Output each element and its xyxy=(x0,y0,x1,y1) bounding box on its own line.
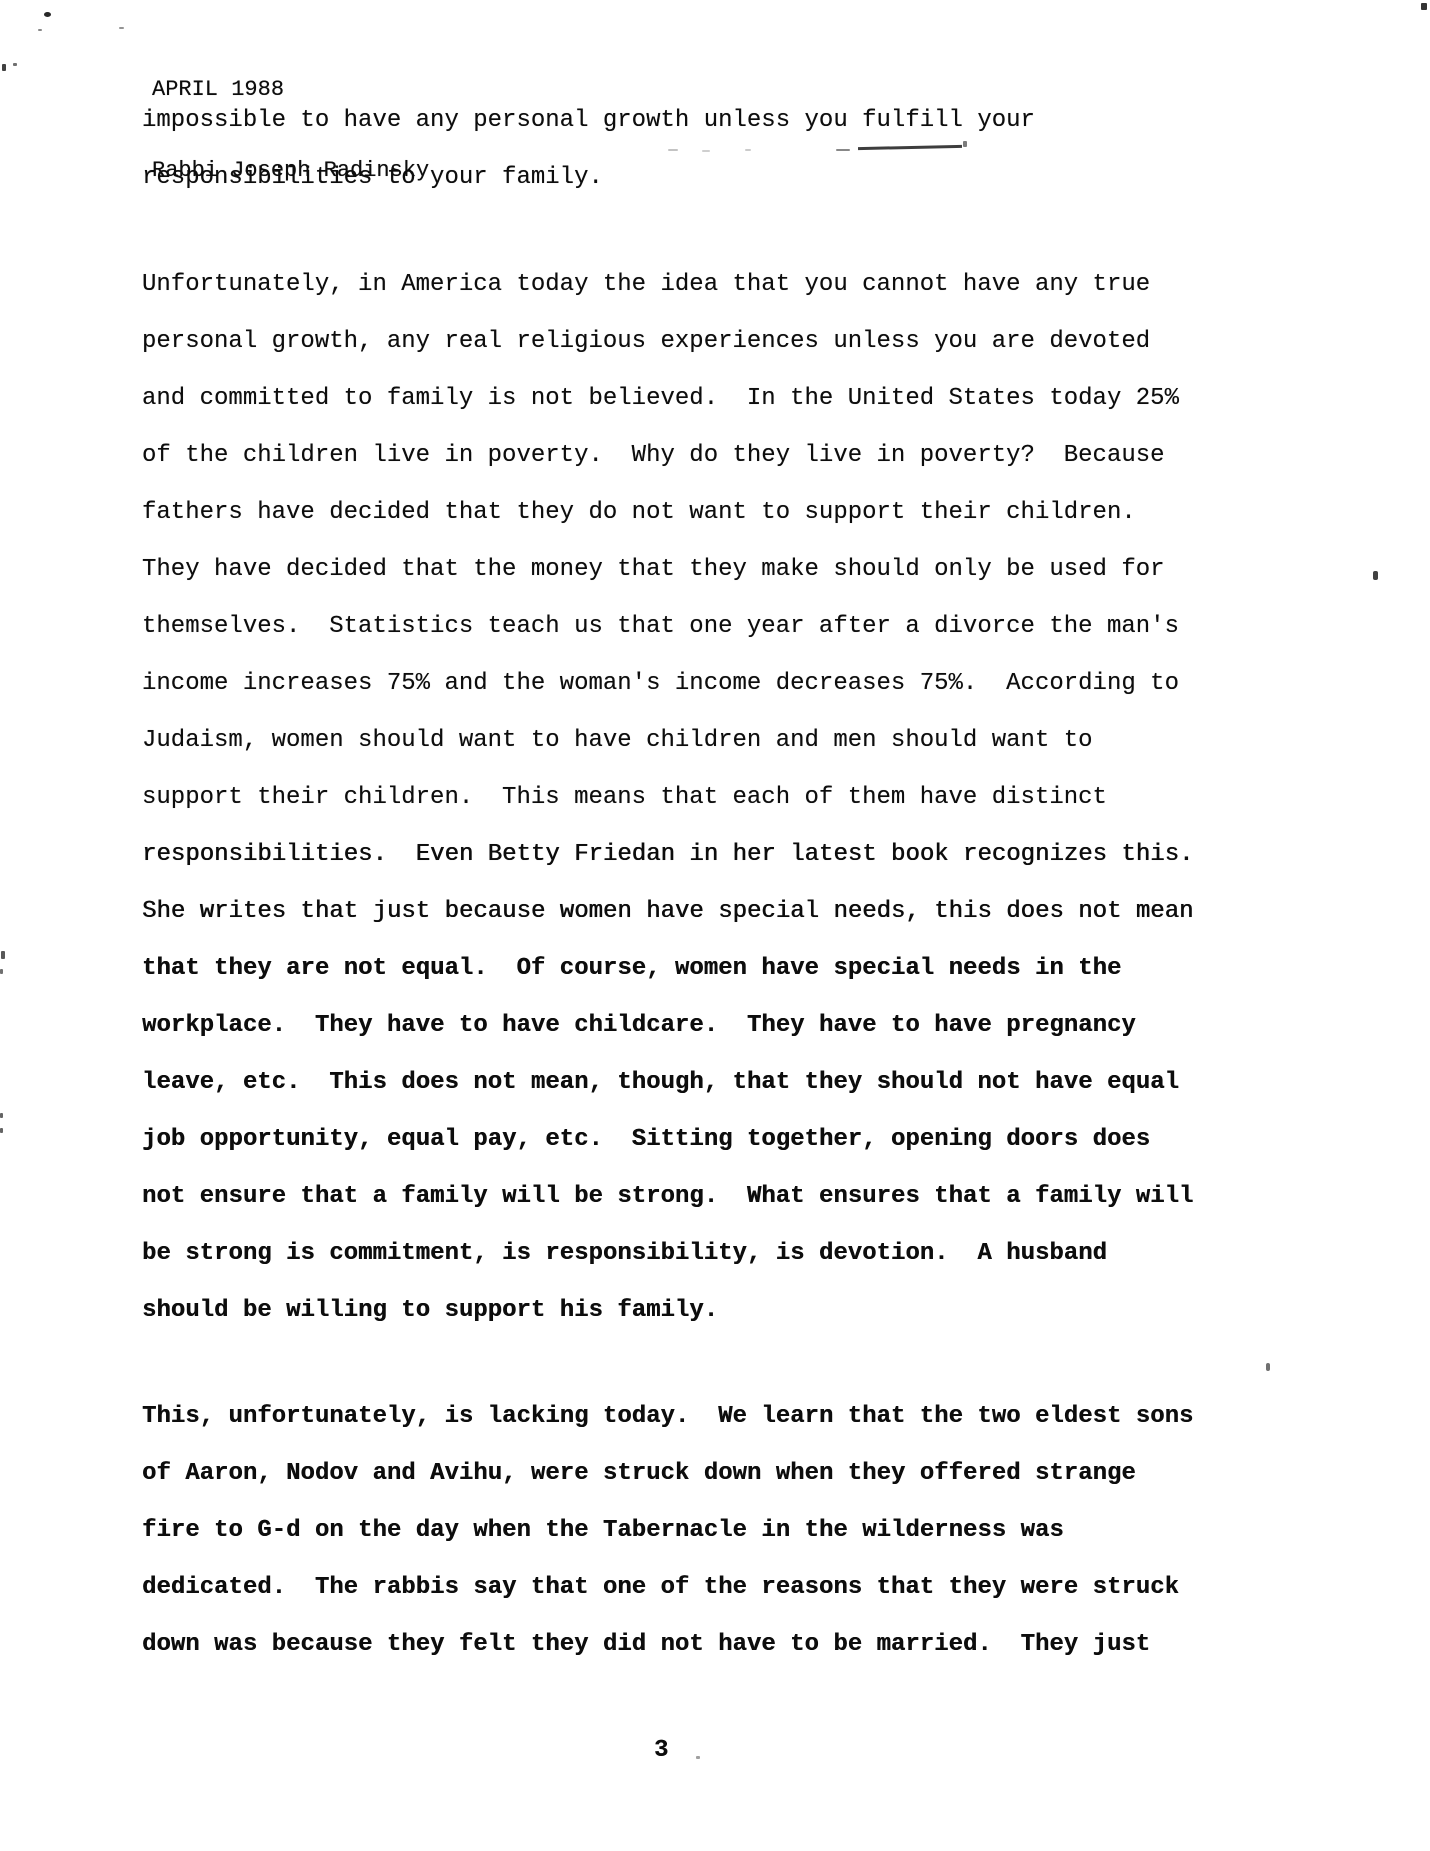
text-line: down was because they felt they did not … xyxy=(142,1616,1193,1673)
scan-artifact xyxy=(0,969,3,974)
scan-artifact xyxy=(696,1756,700,1759)
text-line: responsibilities. Even Betty Friedan in … xyxy=(142,826,1193,883)
text-line: They have decided that the money that th… xyxy=(142,541,1193,598)
text-line: This, unfortunately, is lacking today. W… xyxy=(142,1388,1193,1445)
scan-artifact xyxy=(1373,571,1378,580)
text-line: Judaism, women should want to have child… xyxy=(142,712,1193,769)
text-line: fathers have decided that they do not wa… xyxy=(142,484,1193,541)
text-line: support their children. This means that … xyxy=(142,769,1193,826)
text-line: fire to G-d on the day when the Tabernac… xyxy=(142,1502,1193,1559)
scan-artifact xyxy=(38,29,42,31)
scan-artifact xyxy=(1,951,5,959)
scan-artifact xyxy=(0,1113,3,1118)
text-line: not ensure that a family will be strong.… xyxy=(142,1168,1193,1225)
text-line: workplace. They have to have childcare. … xyxy=(142,997,1193,1054)
scan-artifact xyxy=(702,150,710,152)
scan-artifact xyxy=(0,1128,3,1133)
scan-artifact xyxy=(2,64,6,71)
text-line: themselves. Statistics teach us that one… xyxy=(142,598,1193,655)
paragraph-2: Unfortunately, in America today the idea… xyxy=(142,256,1193,1339)
text-line: responsibilities to your family. xyxy=(142,149,1035,206)
text-line: Unfortunately, in America today the idea… xyxy=(142,256,1193,313)
text-line: that they are not equal. Of course, wome… xyxy=(142,940,1193,997)
text-line: of the children live in poverty. Why do … xyxy=(142,427,1193,484)
text-line: personal growth, any real religious expe… xyxy=(142,313,1193,370)
scan-artifact xyxy=(1421,3,1427,10)
scan-artifact xyxy=(44,12,51,17)
scan-artifact xyxy=(836,149,850,151)
text-line: job opportunity, equal pay, etc. Sitting… xyxy=(142,1111,1193,1168)
text-line: and committed to family is not believed.… xyxy=(142,370,1193,427)
scan-artifact xyxy=(745,149,751,151)
scan-artifact xyxy=(13,63,17,66)
document-page: APRIL 1988 Rabbi Joseph Radinsky impossi… xyxy=(0,0,1430,1851)
text-line: dedicated. The rabbis say that one of th… xyxy=(142,1559,1193,1616)
scan-artifact xyxy=(1266,1363,1270,1371)
scan-artifact xyxy=(963,141,967,147)
text-line: leave, etc. This does not mean, though, … xyxy=(142,1054,1193,1111)
paragraph-3: This, unfortunately, is lacking today. W… xyxy=(142,1388,1193,1673)
text-line: She writes that just because women have … xyxy=(142,883,1193,940)
scan-artifact xyxy=(668,149,678,151)
text-line: impossible to have any personal growth u… xyxy=(142,92,1035,149)
text-line: be strong is commitment, is responsibili… xyxy=(142,1225,1193,1282)
text-line: should be willing to support his family. xyxy=(142,1282,1193,1339)
text-line: of Aaron, Nodov and Avihu, were struck d… xyxy=(142,1445,1193,1502)
text-line: income increases 75% and the woman's inc… xyxy=(142,655,1193,712)
scan-artifact xyxy=(119,27,124,29)
page-number: 3 xyxy=(654,1738,668,1764)
